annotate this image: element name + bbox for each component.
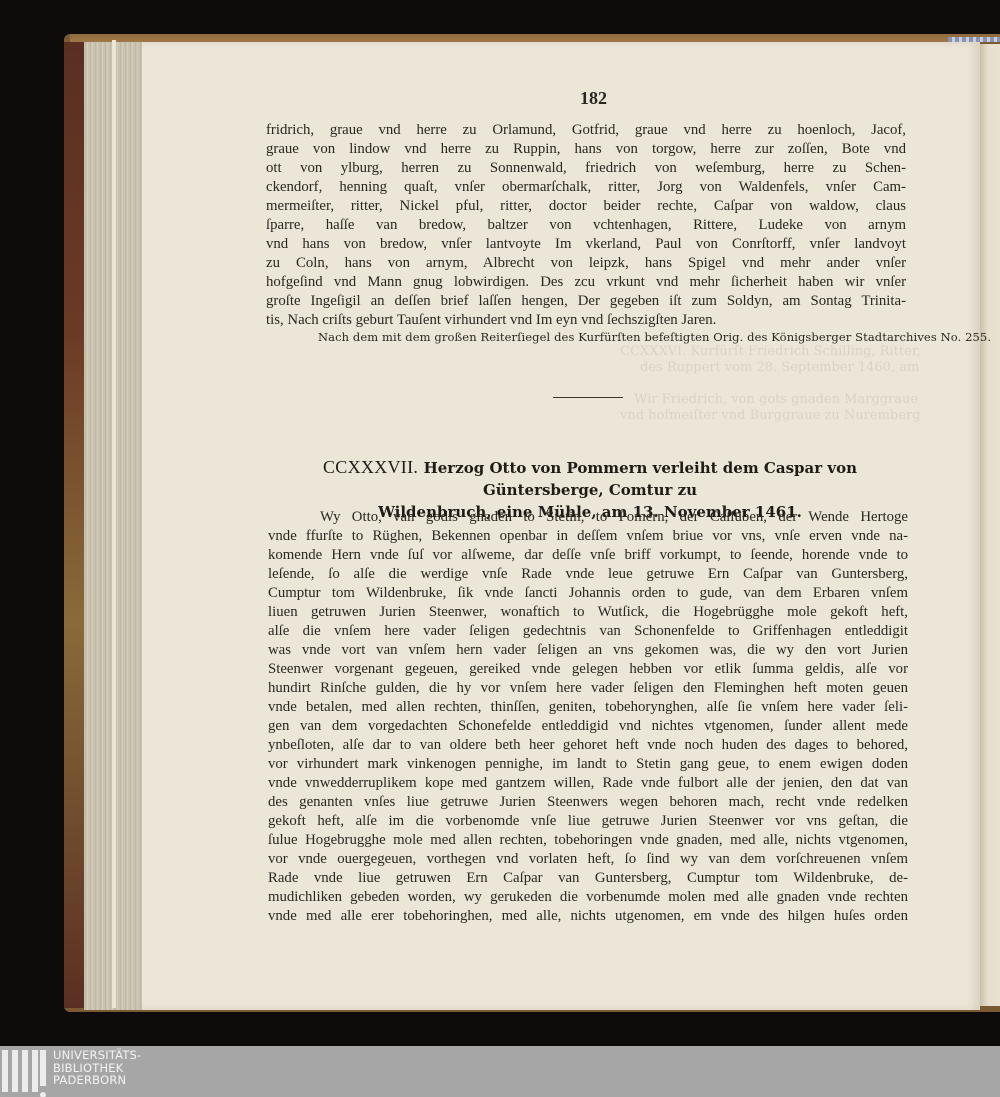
- text-line: Rade vnde liue getruwen Ern Caſpar van G…: [268, 869, 908, 888]
- text-line: tis, Nach criſts geburt Tauſent virhunde…: [266, 311, 906, 330]
- text-line: alſe die vnſem here vader ſeligen gedech…: [268, 622, 908, 641]
- text-line: fridrich, graue vnd herre zu Orlamund, G…: [266, 121, 906, 140]
- text-line: vnd hans von bredow, vnſer lantvoyte Im …: [266, 235, 906, 254]
- text-line: ott von ylburg, herren zu Sonnenwald, fr…: [266, 159, 906, 178]
- text-line: vnde med alle erer tobehoringhen, med al…: [268, 907, 908, 926]
- section-divider: [553, 397, 623, 398]
- library-logo-icon: [2, 1050, 46, 1094]
- document-number: CCXXXVII.: [323, 457, 418, 477]
- logo-line-1: UNIVERSITÄTS-: [53, 1049, 141, 1062]
- text-line: vnde betalen, med allen rechten, thinſſe…: [268, 698, 908, 717]
- text-line: ynbeſloten, alſe dar to van oldere beth …: [268, 736, 908, 755]
- text-line: groſte Ingeſigil an deſſen brief laſſen …: [266, 292, 906, 311]
- page-number: 182: [580, 88, 607, 109]
- text-line: ckendorf, henning quaſt, vnſer obermarſc…: [266, 178, 906, 197]
- text-line: vor vnde ouergegeuen, vorthegen vnd vorl…: [268, 850, 908, 869]
- book-spine-edge: [64, 42, 86, 1008]
- text-line: vnde vnwedderruplikem kope med gantzem w…: [268, 774, 908, 793]
- text-line: was vnde vort van vnſem hern vader ſelig…: [268, 641, 908, 660]
- library-logo-text: UNIVERSITÄTS- BIBLIOTHEK PADERBORN: [53, 1049, 141, 1087]
- text-line: gen van dem vorgedachten Schonefelde ent…: [268, 717, 908, 736]
- logo-line-3: PADERBORN: [53, 1074, 141, 1087]
- text-line: ſulue Hogebrugghe mole med allen rechten…: [268, 831, 908, 850]
- text-line: des genanten vnſes liue getruwe Jurien S…: [268, 793, 908, 812]
- text-line: vor virhundert mark vinkenogen pennighe,…: [268, 755, 908, 774]
- text-line: vnde ffurſte to Rüghen, Bekennen openbar…: [268, 527, 908, 546]
- text-line: liuen getruwen Jurien Steenwer, wonaftic…: [268, 603, 908, 622]
- text-line: mudichliken gebeden worden, wy gerukeden…: [268, 888, 908, 907]
- bleed-line: Wir Friedrich, von gots gnaden Marggraue…: [620, 392, 920, 408]
- bleed-line: vnd hofmeiſter vnd Burggraue zu Nurember…: [620, 408, 920, 424]
- text-line: graue von lindow vnd herre zu Ruppin, ha…: [266, 140, 906, 159]
- text-line: Cumptur tom Wildenbruke, ſik vnde ſancti…: [268, 584, 908, 603]
- library-logo-band: UNIVERSITÄTS- BIBLIOTHEK PADERBORN: [0, 1046, 1000, 1097]
- document-title-line-1: Herzog Otto von Pommern verleiht dem Cas…: [424, 459, 857, 499]
- text-line: mermeiſter, ritter, Nickel pful, ritter,…: [266, 197, 906, 216]
- bleed-line: des Ruppert vom 28. September 1460, am 3…: [620, 360, 920, 376]
- document-body: Wy Otto, van godis gnaden to Stetin, to …: [268, 508, 908, 926]
- book-cover-top-edge: [70, 34, 1000, 42]
- text-line: leſende, ſo alſe die werdige vnſe Rade v…: [268, 565, 908, 584]
- bleed-line: [620, 376, 920, 392]
- text-line: komende Hern vnde ſuſ vor alſweme, dar d…: [268, 546, 908, 565]
- text-line: gekoft heft, alſe im die vorbenomde vnſe…: [268, 812, 908, 831]
- bleed-through-text: CCXXXVI. Kurfürſt Friedrich Schilling, R…: [620, 344, 920, 454]
- source-note: Nach dem mit dem großen Reiterſiegel des…: [318, 330, 991, 344]
- text-line: hofgeſind vnd Mann gnug lobwirdigen. Des…: [266, 273, 906, 292]
- text-line: Wy Otto, van godis gnaden to Stetin, to …: [268, 508, 908, 527]
- page-stack-highlight: [112, 40, 116, 1008]
- text-line: Steenwer vorgenant gegeuen, gereiked vnd…: [268, 660, 908, 679]
- text-line: zu Coln, hans von arnym, Albrecht von le…: [266, 254, 906, 273]
- bleed-line: CCXXXVI. Kurfürſt Friedrich Schilling, R…: [620, 344, 920, 360]
- facing-page-edge: [980, 44, 1000, 1006]
- text-line: ſparre, haſſe van bredow, baltzer von vc…: [266, 216, 906, 235]
- text-line: hundirt Rinſche gulden, die hy vor vnſem…: [268, 679, 908, 698]
- continued-text: fridrich, graue vnd herre zu Orlamund, G…: [266, 121, 906, 330]
